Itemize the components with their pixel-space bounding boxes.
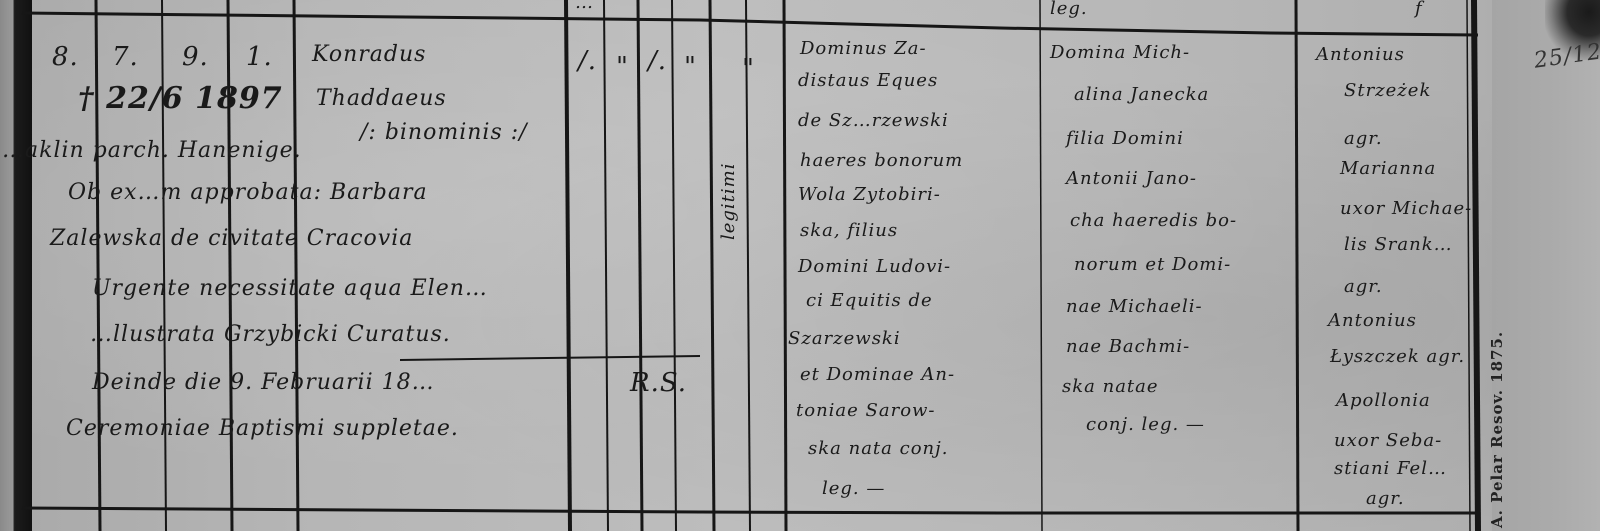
mother-line: alina Janecka: [1074, 86, 1209, 104]
header-fragment-father-tail: leg.: [1050, 0, 1088, 18]
father-line: et Dominae An-: [800, 366, 955, 384]
father-line: Dominus Za-: [800, 40, 927, 58]
header-fragment-status: …: [575, 0, 594, 12]
notes-line: …llustrata Grzybicki Curatus.: [90, 324, 451, 346]
baptism-day: 9.: [182, 44, 209, 70]
father-line: ci Equitis de: [806, 292, 933, 310]
mother-line: filia Domini: [1066, 130, 1184, 148]
godparent-line: agr.: [1344, 278, 1383, 296]
father-line: ska nata conj.: [808, 440, 948, 458]
child-name-line: /: binominis :/: [360, 122, 528, 144]
godparent-line: Apollonia: [1336, 392, 1431, 410]
notes-line: Ob ex…m approbata: Barbara: [68, 182, 428, 204]
initials-mark: R.S.: [630, 370, 687, 396]
godparent-line: Marianna: [1340, 160, 1436, 178]
printer-imprint: A. Pelar Resov. 1875.: [1488, 331, 1506, 528]
mother-line: Antonii Jano-: [1066, 170, 1197, 188]
checkmark-extra: ": [742, 56, 755, 82]
checkmark-sex-m: ": [616, 54, 629, 80]
godparent-line: lis Srank…: [1344, 236, 1453, 254]
checkmark-sex-f: /.: [648, 48, 667, 74]
father-line: ska, filius: [800, 222, 898, 240]
entry-sequence-number: 1.: [246, 44, 273, 70]
mother-line: Domina Mich-: [1050, 44, 1190, 62]
mother-line: ska natae: [1062, 378, 1159, 396]
child-name-line: Thaddaeus: [316, 88, 447, 110]
house-number: 8.: [52, 44, 79, 70]
father-line: Szarzewski: [788, 330, 901, 348]
birth-day: 7.: [112, 44, 139, 70]
mother-line: nae Bachmi-: [1066, 338, 1190, 356]
father-line: de Sz…rzewski: [798, 112, 949, 130]
checkmark-legit: ": [684, 54, 697, 80]
godparent-line: Łyszczek agr.: [1330, 348, 1465, 366]
notes-line: Urgente necessitate aqua Elen…: [92, 278, 488, 300]
mother-line: norum et Domi-: [1074, 256, 1231, 274]
mother-line: cha haeredis bo-: [1070, 212, 1237, 230]
father-line: distaus Eques: [798, 72, 938, 90]
godparent-line: agr.: [1366, 490, 1405, 508]
father-line: Domini Ludovi-: [798, 258, 951, 276]
header-fragment-godparents: f: [1415, 0, 1423, 18]
father-line: haeres bonorum: [800, 152, 963, 170]
godparent-line: uxor Michae-: [1340, 200, 1472, 218]
godparent-line: Strzeżek: [1344, 82, 1431, 100]
godparent-line: uxor Seba-: [1334, 432, 1442, 450]
father-line: leg. —: [822, 480, 885, 498]
godparent-line: Antonius: [1316, 46, 1405, 64]
mother-line: nae Michaeli-: [1066, 298, 1203, 316]
godparent-line: Antonius: [1328, 312, 1417, 330]
godparent-line: agr.: [1344, 130, 1383, 148]
mother-line: conj. leg. —: [1086, 416, 1205, 434]
child-name-line: Konradus: [312, 44, 426, 66]
notes-line: Ceremoniae Baptismi suppletae.: [66, 418, 459, 440]
father-line: Wola Zytobiri-: [798, 186, 941, 204]
notes-line: Zalewska de civitate Cracovia: [50, 228, 413, 250]
notes-line: Deinde die 9. Februarii 18…: [92, 372, 435, 394]
checkmark-religion: /.: [578, 48, 597, 74]
legitimacy-vertical-note: legitimi: [720, 162, 738, 240]
godparent-line: stiani Fel…: [1334, 460, 1447, 478]
register-page: … leg. f 8. 7. 9. 1. † 22/6 1897 …aklin …: [0, 0, 1600, 531]
father-line: toniae Sarow-: [796, 402, 936, 420]
death-annotation: † 22/6 1897: [78, 84, 283, 114]
side-note: …aklin parch. Hanenige.: [2, 140, 302, 162]
